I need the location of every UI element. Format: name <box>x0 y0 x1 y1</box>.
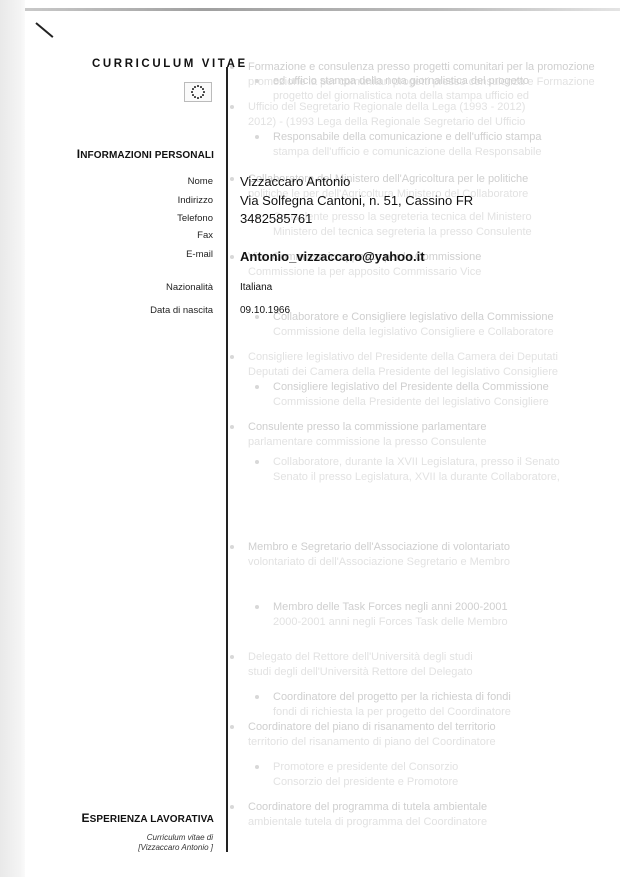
bleed-through-line: ed ufficio stampa della nota giornalisti… <box>255 74 529 89</box>
star-icon <box>194 96 196 98</box>
bleed-through-line: Deputati dei Camera della Presidente del… <box>248 365 558 380</box>
bleed-through-line: Formazione e consulenza presso progetti … <box>230 60 595 75</box>
star-icon <box>197 97 199 99</box>
star-icon <box>194 86 196 88</box>
star-icon <box>192 88 194 90</box>
value-nationality: Italiana <box>240 282 272 293</box>
bleed-through-line: Consigliere legislativo del Presidente d… <box>255 380 549 395</box>
value-name: Vizzaccaro Antonio <box>240 174 350 189</box>
label-email: E-mail <box>186 249 213 260</box>
bullet-icon <box>255 460 259 464</box>
value-address: Via Solfegna Cantoni, n. 51, Cassino FR <box>240 193 473 208</box>
label-fax: Fax <box>197 230 213 241</box>
section-heading-text: ESPERIENZA LAVORATIVA <box>81 814 214 825</box>
bullet-icon <box>230 355 234 359</box>
label-phone: Telefono <box>177 213 213 224</box>
bleed-through-line: Commissione della legislativo Consiglier… <box>273 325 554 340</box>
scan-page-edge-left <box>0 0 25 877</box>
bleed-through-line: Coordinatore del progetto per la richies… <box>255 690 511 705</box>
bullet-icon <box>255 695 259 699</box>
bleed-through-line: fondi di richiesta la per progetto del C… <box>273 705 511 720</box>
info-row-fax: Fax <box>0 230 620 248</box>
star-icon <box>203 91 205 93</box>
bleed-through-line: Ufficio del Segretario Regionale della L… <box>230 100 525 115</box>
bleed-through-line: promozione la per comunitari progetti pr… <box>248 75 595 90</box>
info-row-nationality: Nazionalità Italiana <box>0 282 620 300</box>
bleed-through-line: 2012) - (1993 Lega della Regionale Segre… <box>248 115 525 130</box>
bleed-through-line: Coordinatore del piano di risanamento de… <box>230 720 496 735</box>
bullet-icon <box>230 425 234 429</box>
bleed-through-line: parlamentare commissione la presso Consu… <box>248 435 486 450</box>
bleed-through-line: Consorzio del presidente e Promotore <box>273 775 458 790</box>
star-icon <box>200 96 202 98</box>
bullet-icon <box>230 655 234 659</box>
value-birthdate: 09.10.1966 <box>240 305 290 316</box>
bleed-through-line: Promotore e presidente del Consorzio <box>255 760 458 775</box>
bullet-icon <box>230 545 234 549</box>
bleed-through-line: Collaboratore, durante la XVII Legislatu… <box>255 455 560 470</box>
info-row-birthdate: Data di nascita 09.10.1966 <box>0 305 620 323</box>
bullet-icon <box>230 725 234 729</box>
document-title: CURRICULUM VITAE <box>92 58 248 70</box>
footer-line-2: [Vizzaccaro Antonio ] <box>138 843 213 853</box>
scan-page-edge-top <box>25 8 620 11</box>
bleed-through-line: Commissione della Presidente del legisla… <box>273 395 549 410</box>
bleed-through-line: stampa dell'ufficio e comunicazione dell… <box>273 145 542 160</box>
bleed-through-line: Membro delle Task Forces negli anni 2000… <box>255 600 508 615</box>
bleed-through-line: Consulente presso la commissione parlame… <box>230 420 486 435</box>
info-row-name: Nome Vizzaccaro Antonio <box>0 174 620 192</box>
star-icon <box>192 94 194 96</box>
star-icon <box>202 94 204 96</box>
section-heading-text: INFORMAZIONI PERSONALI <box>77 150 214 161</box>
section-heading-work-experience: ESPERIENZA LAVORATIVA <box>81 811 214 825</box>
star-icon <box>202 88 204 90</box>
bleed-through-line: Commissione la per apposito Commissario … <box>248 265 481 280</box>
bleed-through-line: Consigliere legislativo del Presidente d… <box>230 350 558 365</box>
label-birthdate: Data di nascita <box>150 305 213 316</box>
info-row-email: E-mail Antonio_vizzaccaro@yahoo.it <box>0 249 620 267</box>
label-address: Indirizzo <box>178 195 213 206</box>
bleed-through-line: Senato il presso Legislatura, XVII la du… <box>273 470 560 485</box>
bullet-icon <box>255 605 259 609</box>
bullet-icon <box>255 79 259 83</box>
bleed-through-line: Membro e Segretario dell'Associazione di… <box>230 540 510 555</box>
bullet-icon <box>230 805 234 809</box>
label-name: Nome <box>188 176 213 187</box>
bullet-icon <box>255 385 259 389</box>
value-email[interactable]: Antonio_vizzaccaro@yahoo.it <box>240 249 425 264</box>
bleed-through-line: volontariato di dell'Associazione Segret… <box>248 555 510 570</box>
star-icon <box>197 85 199 87</box>
bullet-icon <box>255 765 259 769</box>
bleed-through-line: studi degli dell'Università Rettore del … <box>248 665 473 680</box>
corner-mark <box>35 22 53 38</box>
star-icon <box>191 91 193 93</box>
page-footer: Curriculum vitae di [Vizzaccaro Antonio … <box>138 833 213 853</box>
bullet-icon <box>230 105 234 109</box>
value-phone: 3482585761 <box>240 211 312 226</box>
section-heading-personal-info: INFORMAZIONI PERSONALI <box>77 147 214 161</box>
info-row-address: Indirizzo Via Solfegna Cantoni, n. 51, C… <box>0 193 620 211</box>
footer-line-1: Curriculum vitae di <box>138 833 213 843</box>
label-nationality: Nazionalità <box>166 282 213 293</box>
eu-flag-icon <box>184 82 212 102</box>
bleed-through-line: progetto del giornalistica nota della st… <box>273 89 529 104</box>
bleed-through-line: 2000-2001 anni negli Forces Task delle M… <box>273 615 508 630</box>
bleed-through-line: Coordinatore del programma di tutela amb… <box>230 800 487 815</box>
bullet-icon <box>255 135 259 139</box>
bleed-through-line: Delegato del Rettore dell'Università deg… <box>230 650 473 665</box>
bleed-through-line: ambientale tutela di programma del Coord… <box>248 815 487 830</box>
bleed-through-line: Responsabile della comunicazione e dell'… <box>255 130 542 145</box>
bleed-through-line: territorio del risanamento di piano del … <box>248 735 496 750</box>
info-row-phone: Telefono 3482585761 <box>0 211 620 229</box>
